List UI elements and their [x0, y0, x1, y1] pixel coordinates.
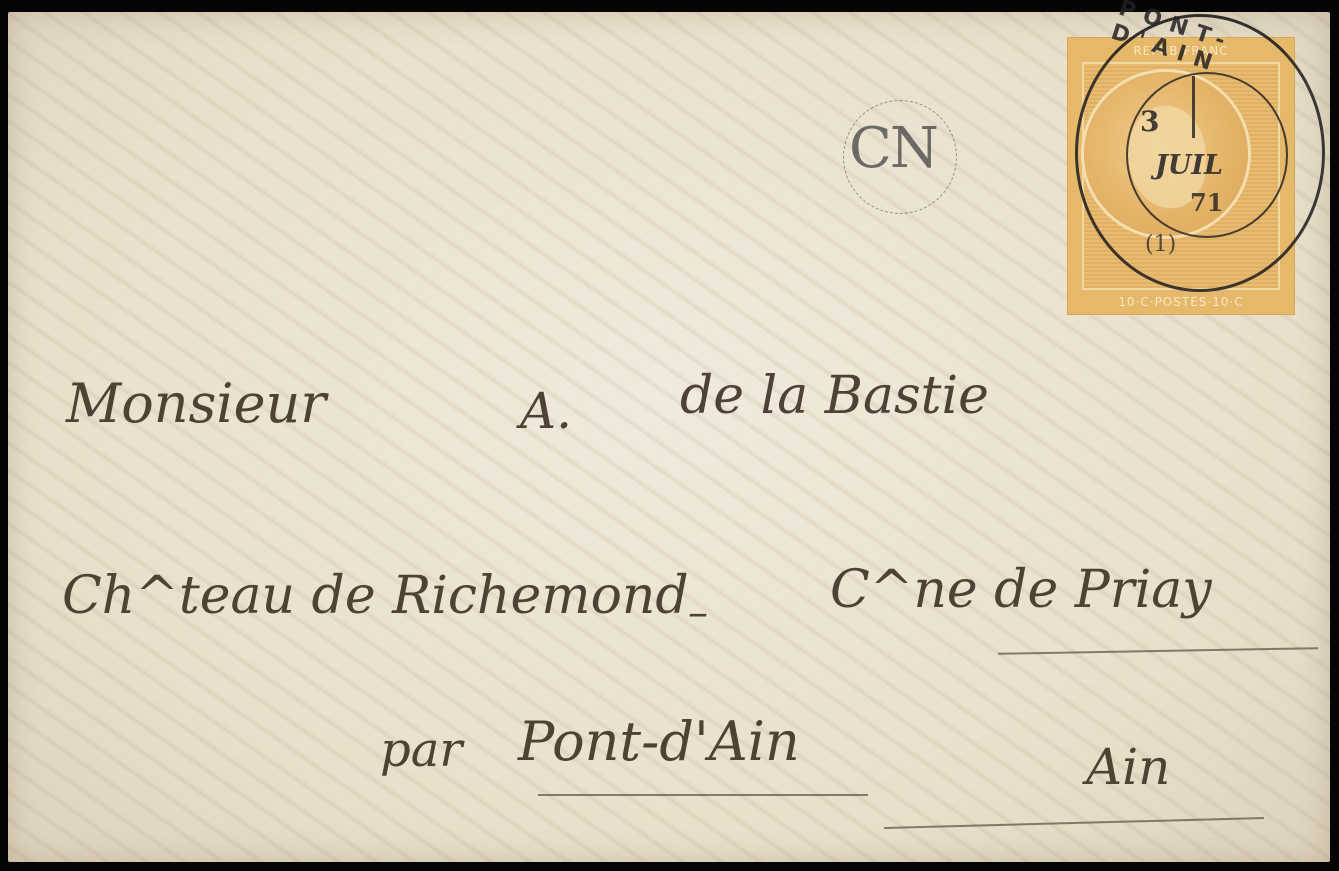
place-line: Ch^teau de Richemond [62, 566, 689, 626]
post-town: Pont-d'Ain [518, 710, 800, 773]
recipient-name: de la Bastie [680, 366, 989, 426]
commune: C^ne de Priay [830, 560, 1212, 620]
place-name: Richemond [392, 566, 689, 626]
auxiliary-mark-text: CN [849, 116, 937, 181]
recipient-initial: A. [520, 382, 572, 440]
via-word: par [380, 722, 462, 778]
address-dash: – [688, 590, 708, 636]
postmark-department: (1) [1145, 232, 1176, 257]
postmark-divider [1192, 76, 1195, 138]
postmark-month: JUIL [1155, 150, 1223, 181]
stamp-bottom-text: 10·C·POSTES·10·C [1068, 295, 1294, 309]
place-prefix: Ch^teau de [62, 566, 376, 626]
salutation: Monsieur [66, 372, 326, 435]
post-town-underline [538, 794, 868, 796]
postmark-day: 3 [1140, 105, 1159, 138]
department: Ain [1086, 738, 1170, 796]
postmark-year: 71 [1190, 188, 1223, 217]
